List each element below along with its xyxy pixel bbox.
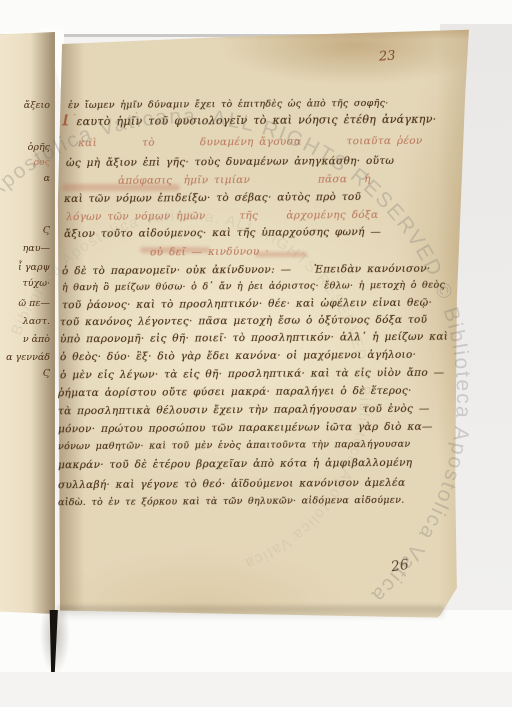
manuscript-text-line: τοῦ ῥάονος· καὶ τὸ προσληπτικόν· θέε· κα… (62, 297, 432, 312)
manuscript-text-line: τὰ προσληπτικὰ θέλουσιν ἔχειν τὴν παραλή… (58, 403, 430, 418)
manuscript-text-line: μακράν· τοῦ δὲ ἑτέρου βραχεῖαν ἀπὸ κότα … (58, 457, 412, 471)
manuscript-text-line: ὁ θεὸς· δύο· ἓξ· διὸ γὰρ ἔδει κανόνα· οἱ… (60, 349, 416, 363)
manuscript-text-line: λόγων τῶν νόμων ἡμῶν τῆς ἀρχομένης δόξα (66, 209, 378, 223)
manuscript-text-line: καὶ τῶν νόμων ἐπιδείξω· τὸ σέβας· αὐτὸς … (64, 191, 361, 205)
faded-ink-stain (140, 247, 210, 253)
faded-ink-stain (255, 252, 307, 257)
manuscript-text-line: νόνων μαθητῶν· καὶ τοῦ μὲν ἑνὸς ἀπαιτοῦν… (58, 439, 411, 452)
manuscript-text-line: ἄξιον τοῦτο αἰδούμενος· καὶ τῆς ὑπαρχούσ… (64, 226, 381, 240)
manuscript-text-line: ὡς μὴ ἄξιον ἐπὶ γῆς· τοὺς δυναμένων ἀνηγ… (66, 155, 394, 169)
faded-ink-stain (62, 184, 180, 191)
manuscript-text-block: 23 26 ἐν ἴωμεν ἡμῖν δύναμιν ἔχει τὸ ἐπιτ… (0, 0, 512, 707)
manuscript-text-line: συλλαβή· καὶ γέγονε τὸ θεό· ἀϊδούμενοι κ… (58, 477, 405, 491)
manuscript-text-line: αἰδὼ. τὸ ἐν τε ξόρκου καὶ τὰ τῶν θηλυκῶν… (58, 495, 405, 508)
manuscript-text-line: ὁ δὲ τὸ παρανομεῖν· οὐκ ἀκίνδυνον: — Ἐπε… (62, 263, 431, 278)
manuscript-text-line: ἐν ἴωμεν ἡμῖν δύναμιν ἔχει τὸ ἐπιτηδὲς ὡ… (68, 98, 389, 111)
folio-number: 23 (378, 48, 396, 64)
manuscript-text-line: καὶ τὸ δυναμένη ἄγουσα τοιαῦτα ῥέον (78, 135, 423, 149)
manuscript-text-line: ὑπὸ παρονομῆ· εἰς θῆ· ποιεῖ· τὸ προσληπτ… (60, 331, 448, 346)
manuscript-text-line: τοῦ κανόνος λέγοντες· πᾶσα μετοχὴ ἔσω ὁ … (60, 314, 427, 329)
quire-signature: 26 (390, 557, 410, 576)
manuscript-text-line: μόνον· πρώτου προσώπου τῶν παρακειμένων … (58, 421, 433, 436)
page-shadow (58, 606, 444, 620)
manuscript-scan-viewer: ἄξειοὁρῆςροςαϚηαυ—ἶ γαρψτύχω·ῶ πε—λαστ.ν… (0, 0, 512, 707)
rubricated-initial: Γ (62, 112, 76, 129)
manuscript-text-line: Γεαυτὸ ἡμῖν τοῦ φυσιολογεῖν τὸ καὶ νόησι… (62, 112, 437, 129)
manuscript-text-line: ῥήματα ἀορίστου οὔτε φύσει μακρά· παραλή… (58, 385, 412, 399)
manuscript-text-line: ὁ μὲν εἷς λέγων· τὰ εἰς θῆ· προσληπτικά·… (60, 367, 444, 382)
manuscript-text-line: ἡ θανὴ ὃ μείζων θύσω· ὁ δ᾽ ἄν ἡ ῥει ἀόρι… (62, 280, 445, 294)
